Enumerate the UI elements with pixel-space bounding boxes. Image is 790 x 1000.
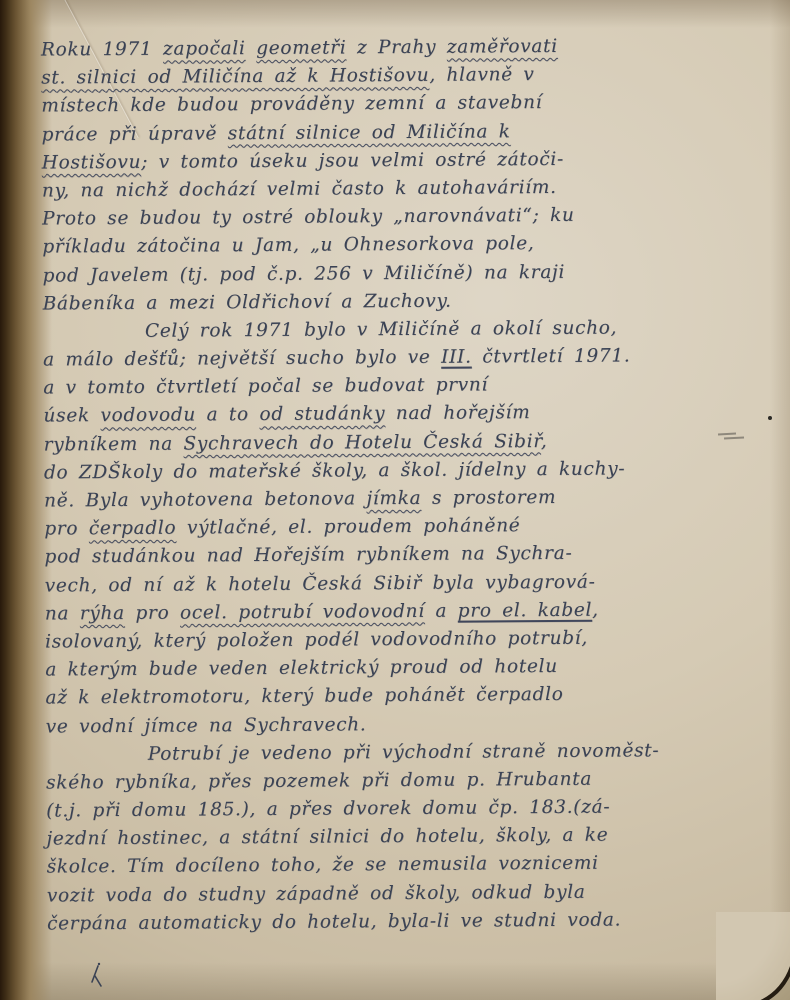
text-segment: Potrubí je vedeno při východní straně no… bbox=[148, 740, 660, 765]
underlined-text: pro el. kabel bbox=[458, 599, 593, 621]
text-segment: ; v tomto úseku jsou velmi ostré zátoči- bbox=[141, 149, 564, 173]
text-segment: a kterým bude veden elektrický proud od … bbox=[45, 656, 558, 681]
underlined-text: III. bbox=[441, 347, 472, 368]
underlined-text: jímka bbox=[366, 488, 421, 509]
text-line: čerpána automaticky do hotelu, byla-li v… bbox=[47, 905, 769, 938]
text-segment: vozit voda do studny západně od školy, o… bbox=[47, 881, 586, 906]
text-segment: (t.j. při domu 185.), a přes dvorek domu… bbox=[46, 797, 610, 822]
underlined-text: st. silnici od Miličína až k Hostišovu bbox=[41, 65, 429, 89]
text-segment: čtvrtletí 1971. bbox=[472, 345, 631, 367]
pencil-dash-mark bbox=[718, 433, 744, 439]
text-segment: výtlačné, el. proudem poháněné bbox=[176, 515, 520, 538]
text-segment: pro bbox=[125, 602, 180, 623]
text-segment: rybníkem na bbox=[44, 433, 184, 455]
text-segment: příkladu zátočina u Jam, „u Ohnesorkova … bbox=[42, 233, 534, 257]
text-segment: jezdní hostinec, a státní silnici do hot… bbox=[46, 825, 608, 850]
ink-dot-mark bbox=[768, 416, 772, 420]
underlined-text: vodovodu bbox=[100, 405, 196, 427]
text-segment: Bábeníka a mezi Oldřichoví a Zuchovy. bbox=[43, 290, 452, 314]
text-segment: ve vodní jímce na Sychravech. bbox=[46, 714, 367, 737]
pen-check-mark-icon bbox=[88, 962, 110, 988]
text-segment: pod Javelem (tj. pod č.p. 256 v Miličíně… bbox=[42, 261, 565, 286]
text-segment: Roku 1971 bbox=[41, 39, 163, 61]
underlined-text: ocel. potrubí vodovodní bbox=[180, 601, 425, 624]
text-segment: pod studánkou nad Hořejším rybníkem na S… bbox=[44, 543, 572, 568]
text-segment: , bbox=[541, 431, 548, 452]
handwritten-text: Roku 1971 započali geometři z Prahy zamě… bbox=[41, 31, 769, 938]
text-segment: , bbox=[592, 599, 599, 620]
underlined-text: Sychravech do Hotelu Česká Sibiř bbox=[183, 431, 540, 454]
text-segment: isolovaný, který položen podél vodovodní… bbox=[45, 628, 588, 653]
underlined-text: Hostišovu bbox=[42, 152, 142, 174]
underlined-text: rýha bbox=[80, 603, 125, 624]
text-segment: do ZDŠkoly do mateřské školy, a škol. jí… bbox=[44, 458, 626, 483]
text-segment: ského rybníka, přes pozemek při domu p. … bbox=[46, 769, 592, 794]
text-segment bbox=[246, 38, 257, 59]
text-segment: a to bbox=[196, 404, 260, 425]
chronicle-page: Roku 1971 započali geometři z Prahy zamě… bbox=[0, 0, 790, 1000]
text-segment: z Prahy bbox=[346, 37, 447, 59]
text-segment: s prostorem bbox=[421, 487, 556, 509]
underlined-text: státní silnice od Miličína k bbox=[228, 121, 511, 144]
text-segment: práce při úpravě bbox=[41, 123, 227, 145]
text-segment: ně. Byla vyhotovena betonova bbox=[44, 488, 366, 511]
text-segment: ny, na nichž dochází velmi často k autoh… bbox=[42, 177, 557, 202]
text-segment: na bbox=[45, 603, 80, 624]
text-segment: Proto se budou ty ostré oblouky „narovná… bbox=[42, 205, 575, 230]
text-segment: až k elektromotoru, který bude pohánět č… bbox=[45, 684, 563, 709]
text-segment: úsek bbox=[43, 406, 100, 427]
text-segment: a bbox=[425, 600, 458, 621]
underlined-text: geometři bbox=[256, 37, 346, 59]
text-segment: místech kde budou prováděny zemní a stav… bbox=[41, 92, 542, 116]
text-segment: nad hořejším bbox=[385, 403, 530, 425]
text-segment: vech, od ní až k hotelu Česká Sibiř byla… bbox=[45, 571, 596, 596]
text-segment: pro bbox=[44, 518, 89, 539]
text-segment: a málo dešťů; největší sucho bylo ve bbox=[43, 347, 441, 371]
text-segment: čerpána automaticky do hotelu, byla-li v… bbox=[47, 909, 621, 934]
text-segment: , hlavně v bbox=[429, 64, 534, 86]
text-segment: a v tomto čtvrtletí počal se budovat prv… bbox=[43, 375, 488, 399]
text-segment: Celý rok 1971 bylo v Miličíně a okolí su… bbox=[145, 317, 617, 341]
underlined-text: zaměřovati bbox=[447, 36, 558, 58]
underlined-text: od studánky bbox=[259, 404, 385, 426]
underlined-text: čerpadlo bbox=[89, 518, 177, 540]
underlined-text: započali bbox=[163, 38, 246, 60]
text-segment: školce. Tím docíleno toho, že se nemusil… bbox=[47, 853, 599, 878]
